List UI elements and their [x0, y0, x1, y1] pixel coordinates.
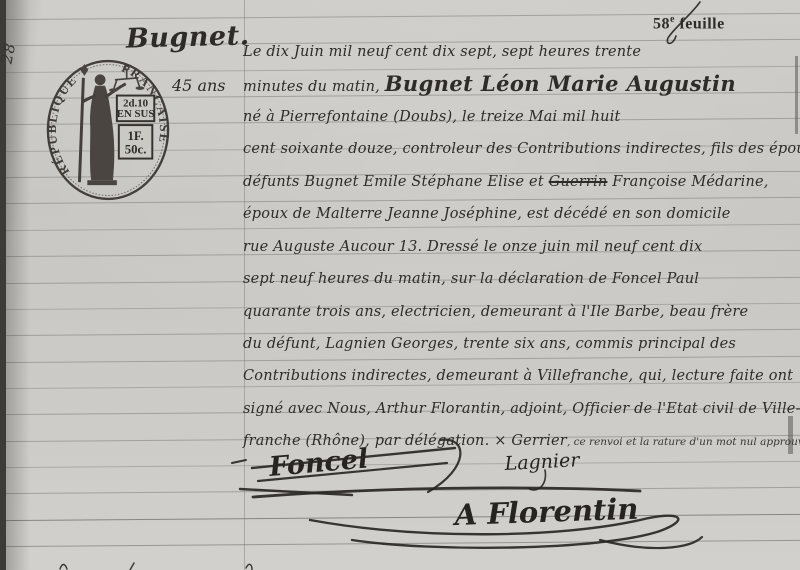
act-line-segment: né à Pierrefontaine (Doubs), le treize M… [243, 109, 621, 125]
act-line-segment: Françoise Médarine, [607, 174, 768, 190]
act-line-4: cent soixante douze, controleur des Cont… [243, 133, 800, 165]
act-line-10: du défunt, Lagnien Georges, trente six a… [243, 328, 800, 360]
act-line-segment: du défunt, Lagnien Georges, trente six a… [243, 336, 736, 352]
document-page: 58e feuille 28 Bugnet. 45 ans RÉPUBLIQUE… [0, 0, 800, 570]
bottom-cutoff-marks [60, 563, 252, 570]
act-line-segment: rue Auguste Aucour 13. Dressé le onze ju… [243, 239, 702, 255]
act-line-segment: quarante trois ans, electricien, demeura… [243, 304, 748, 320]
act-line-segment: sept neuf heures du matin, sur la déclar… [243, 271, 699, 287]
act-line-6: époux de Malterre Jeanne Joséphine, est … [243, 198, 800, 230]
value-bottom-text: 50c. [125, 143, 147, 157]
stamp-arc-left-text: RÉPUBLIQUE [45, 72, 80, 177]
act-line-segment: , ce renvoi et la rature d'un mot nul ap… [567, 436, 800, 448]
binding-shadow [6, 0, 30, 570]
act-line-segment: Bugnet Léon Marie Augustin [385, 71, 736, 96]
sheet-number-label: 58e feuille [653, 14, 725, 33]
act-line-segment: minutes du matin, [243, 79, 385, 95]
stamp-text-republique: RÉPUBLIQUE [45, 72, 80, 177]
surcharge-bottom-text: EN SUS [117, 108, 155, 120]
act-line-5: défunts Bugnet Emile Stéphane Elise et G… [243, 166, 800, 198]
figure-robe [90, 86, 114, 181]
ruled-line [0, 461, 800, 469]
act-line-12: signé avec Nous, Arthur Florantin, adjoi… [243, 393, 800, 425]
figure-head [95, 74, 106, 85]
margin-deceased-name: Bugnet. [126, 20, 250, 54]
act-line-segment: Contributions indirectes, demeurant à Vi… [243, 368, 793, 384]
act-line-9: quarante trois ans, electricien, demeura… [243, 296, 800, 328]
act-line-1: Le dix Juin mil neuf cent dix sept, sept… [243, 36, 800, 68]
sheet-number: 58 [653, 15, 670, 32]
value-top-text: 1F. [127, 129, 143, 143]
act-line-11: Contributions indirectes, demeurant à Vi… [243, 360, 800, 392]
ruled-line [0, 540, 800, 548]
margin-age-note: 45 ans [172, 76, 226, 95]
act-line-segment: défunts Bugnet Emile Stéphane Elise et [243, 174, 549, 190]
ruled-line [0, 487, 800, 495]
act-line-3: né à Pierrefontaine (Doubs), le treize M… [243, 101, 800, 133]
sheet-ordinal: e [670, 14, 675, 25]
act-line-13: franche (Rhône), par délégation. × Gerri… [243, 425, 800, 457]
witness-descender [528, 470, 545, 490]
act-line-segment: Le dix Juin mil neuf cent dix sept, sept… [243, 44, 641, 60]
act-line-2: minutes du matin, Bugnet Léon Marie Augu… [243, 68, 800, 100]
staff-icon [79, 78, 83, 182]
act-line-segment: cent soixante douze, controleur des Cont… [243, 141, 800, 157]
figure-base [87, 180, 117, 185]
fiscal-stamp: RÉPUBLIQUE FRANÇAISE 2d.10 EN SUS 1F. [44, 58, 172, 204]
act-line-8: sept neuf heures du matin, sur la déclar… [243, 263, 800, 295]
act-line-segment: Guerrin [549, 174, 608, 190]
act-body-text: Le dix Juin mil neuf cent dix sept, sept… [243, 36, 800, 458]
signature-officer: A Florentin [451, 492, 639, 533]
ruled-line [0, 513, 800, 521]
act-line-7: rue Auguste Aucour 13. Dressé le onze ju… [243, 231, 800, 263]
act-line-segment: franche (Rhône), par délégation. × Gerri… [243, 433, 567, 449]
sheet-word: feuille [679, 15, 724, 32]
act-line-segment: époux de Malterre Jeanne Joséphine, est … [243, 206, 731, 222]
act-line-segment: signé avec Nous, Arthur Florantin, adjoi… [243, 401, 800, 417]
